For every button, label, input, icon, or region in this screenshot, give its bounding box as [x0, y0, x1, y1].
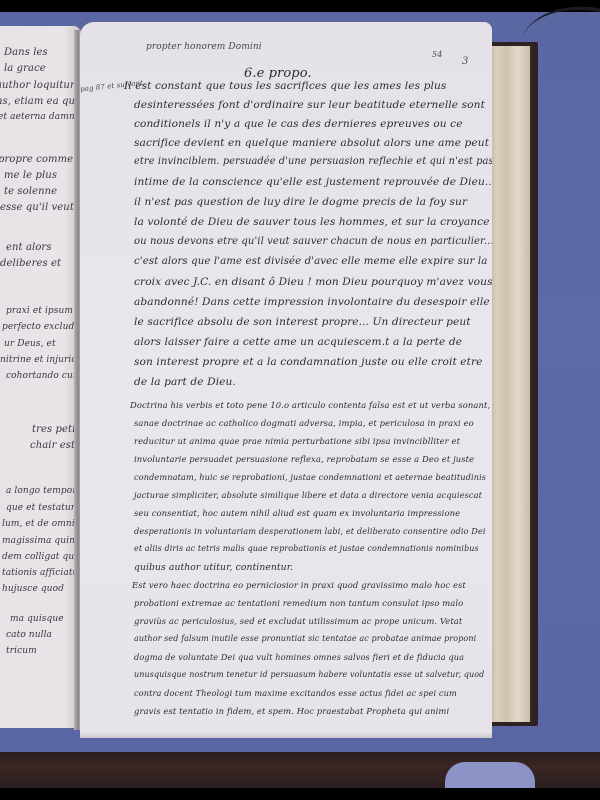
text-line: la volonté de Dieu de sauver tous les ho…: [134, 216, 490, 228]
text-line: ou nous devons etre qu'il veut sauver ch…: [134, 236, 492, 247]
left-fragment: que et testatur: [6, 503, 75, 513]
right-page: propter honorem Domini 54 3 6.e propo. p…: [80, 22, 492, 738]
latin-line: seu consentiat, hoc autem nihil aliud es…: [134, 508, 460, 518]
left-fragment: et aeterna damnatio: [0, 112, 80, 122]
latin-line: reducitur ut anima quae prae nimia pertu…: [134, 436, 460, 446]
latin-line: sanae doctrinae ac catholico dogmati adv…: [134, 418, 474, 428]
latin-line: involuntarie persuadet persuasione refle…: [134, 454, 474, 464]
top-black-bar: [0, 0, 600, 12]
running-head: propter honorem Domini: [146, 42, 262, 52]
left-fragment: tationis afficiatur: [2, 568, 80, 578]
text-line: conditionels il n'y a que le cas des der…: [134, 118, 463, 130]
left-fragment: deliberes et: [0, 258, 61, 269]
left-fragment: tres petit: [32, 424, 80, 435]
left-fragment: me le plus: [4, 170, 57, 181]
folio-number: 3: [462, 56, 468, 67]
cloth-fold: [445, 762, 535, 788]
left-fragment: la grace: [4, 63, 46, 74]
text-line: de la part de Dieu.: [134, 376, 236, 388]
text-line: le sacrifice absolu de son interest prop…: [134, 316, 471, 328]
text-line: abandonné! Dans cette impression involon…: [134, 296, 492, 308]
latin-line: Est vero haec doctrina eo perniciosior i…: [132, 580, 466, 590]
text-line: intime de la conscience qu'elle est just…: [134, 176, 492, 188]
latin-line: author sed falsum inutile esse pronuntia…: [134, 634, 476, 643]
left-fragment: nitrine et injuriosa: [0, 355, 80, 365]
left-page: Dans les la grace author loquitur, ns, e…: [0, 26, 80, 728]
text-line: alors laisser faire a cette ame un acqui…: [134, 336, 462, 348]
latin-line: contra docent Theologi tum maxime excita…: [134, 688, 457, 698]
left-fragment: cohortando cum: [6, 371, 80, 381]
latin-line: Doctrina his verbis et toto pene 10.o ar…: [130, 400, 490, 410]
latin-line: probationi extremae ac tentationi remedi…: [134, 598, 463, 608]
latin-line: jacturae simpliciter, absolute similique…: [134, 490, 482, 500]
left-fragment: ns, etiam ea quae: [0, 96, 80, 107]
left-fragment: perfecto excludens: [2, 322, 80, 332]
left-fragment: chair est: [30, 440, 75, 451]
text-line: etre invinciblem. persuadée d'une persua…: [134, 156, 492, 167]
bottom-black-bar: [0, 788, 600, 800]
latin-line: et aliis diris ac tetris malis quae repr…: [134, 544, 479, 553]
left-fragment: a longo tempore: [6, 486, 80, 496]
latin-line: gravis est tentatio in fidem, et spem. H…: [134, 706, 449, 716]
text-line: il n'est pas question de luy dire le dog…: [134, 196, 467, 208]
page-stack-edge: [488, 46, 532, 722]
text-line: Il est constant que tous les sacrifices …: [124, 80, 446, 92]
latin-line: desperationis in voluntariam desperation…: [134, 526, 486, 536]
left-fragment: propre comme: [0, 154, 73, 165]
left-fragment: ur Deus, et: [4, 339, 56, 349]
left-fragment: ent alors: [6, 242, 52, 253]
left-fragment: ma quisque: [10, 614, 64, 624]
left-fragment: author loquitur,: [0, 80, 77, 91]
text-line: sacrifice devient en quelque maniere abs…: [134, 137, 489, 149]
left-fragment: tricum: [6, 646, 37, 656]
left-fragment: cato nulla: [6, 630, 52, 640]
proposition-heading: 6.e propo.: [244, 66, 312, 81]
text-line: croix avec J.C. en disant ô Dieu ! mon D…: [134, 276, 492, 288]
text-line: c'est alors que l'ame est divisée d'avec…: [134, 256, 487, 267]
left-fragment: te solenne: [4, 186, 57, 197]
latin-line: graviùs ac periculosius, sed et excludat…: [134, 616, 462, 626]
text-line: son interest propre et a la condamnation…: [134, 356, 483, 368]
left-fragment: magissima quinta: [2, 536, 80, 546]
left-fragment: lum, et de omnibus: [2, 519, 80, 529]
latin-line: condemnatam, huic se reprobationi, justa…: [134, 472, 486, 482]
latin-line: dogma de voluntate Dei qua vult homines …: [134, 652, 464, 662]
text-line: desinteressées font d'ordinaire sur leur…: [134, 99, 485, 111]
left-fragment: Dans les: [4, 47, 48, 58]
left-fragment: praxi et ipsum: [6, 306, 73, 316]
left-fragment: hujusce quod: [2, 584, 64, 594]
folio-mark: 54: [432, 50, 442, 59]
latin-line: quibus author utitur, continentur.: [134, 562, 293, 573]
left-fragment: dem colligat quod: [2, 552, 80, 562]
latin-line: unusquisque nostrum tenetur id persuasum…: [134, 670, 484, 679]
left-fragment: esse qu'il veut: [0, 202, 74, 213]
